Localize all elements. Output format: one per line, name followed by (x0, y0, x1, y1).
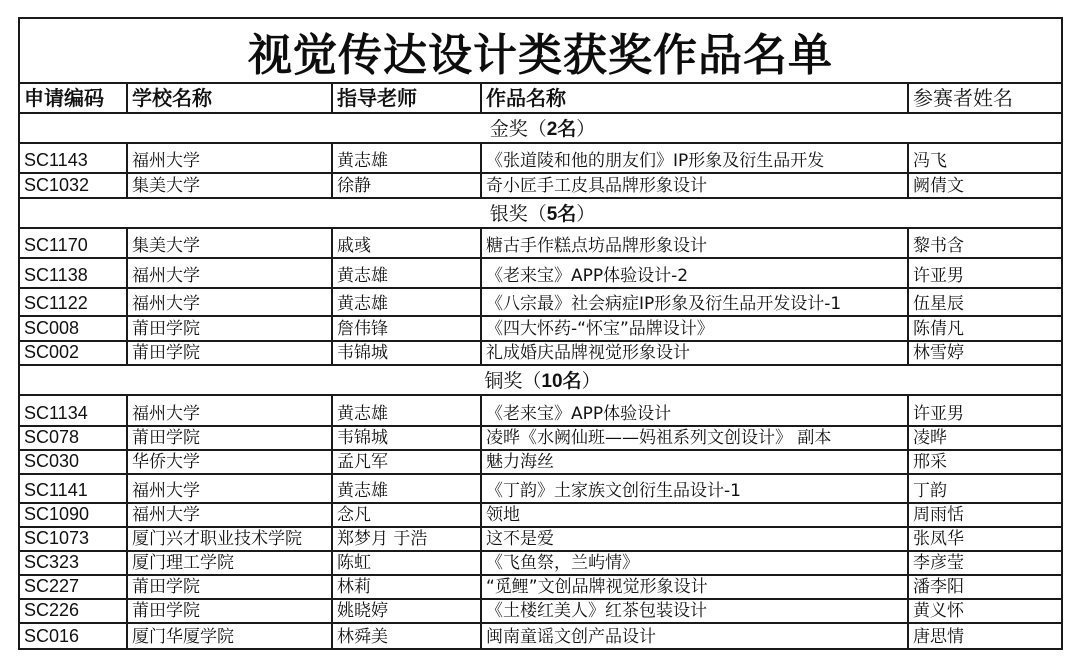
section-header-gold: 金奖（2名） (20, 114, 1061, 144)
cell-advisor: 陈虹 (333, 552, 482, 574)
table-row: SC078 莆田学院 韦锦城 凌晔《水阙仙班——妈祖系列文创设计》 副本 凌晔 (20, 427, 1061, 451)
cell-work: 奇小匠手工皮具品牌形象设计 (482, 174, 909, 197)
cell-advisor: 黄志雄 (333, 289, 482, 315)
cell-school: 华侨大学 (128, 451, 333, 473)
cell-work: 《张道陵和他的朋友们》IP形象及衍生品开发 (482, 144, 909, 172)
section-count: 10名 (541, 366, 581, 393)
cell-code: SC078 (20, 427, 128, 449)
cell-participant: 丁韵 (909, 475, 1061, 502)
header-row: 申请编码 学校名称 指导老师 作品名称 参赛者姓名 (20, 84, 1061, 114)
cell-school: 莆田学院 (128, 317, 333, 340)
cell-school: 福州大学 (128, 259, 333, 287)
cell-work: “觅鲤”文创品牌视觉形象设计 (482, 576, 909, 598)
title-row: 视觉传达设计类获奖作品名单 (20, 19, 1061, 84)
table-row: SC227 莆田学院 林莉 “觅鲤”文创品牌视觉形象设计 潘李阳 (20, 576, 1061, 600)
cell-school: 福州大学 (128, 475, 333, 502)
section-label: 银奖（5名） (20, 199, 1061, 227)
cell-work: 《飞鱼祭，兰屿情》 (482, 552, 909, 574)
cell-participant: 黄义怀 (909, 600, 1061, 622)
cell-participant: 许亚男 (909, 259, 1061, 287)
cell-school: 集美大学 (128, 174, 333, 197)
cell-code: SC008 (20, 317, 128, 340)
cell-school: 莆田学院 (128, 576, 333, 598)
section-prefix: 铜奖（ (484, 366, 541, 393)
cell-code: SC323 (20, 552, 128, 574)
cell-code: SC1170 (20, 229, 128, 257)
section-count: 2名 (547, 114, 577, 141)
table-row: SC1138 福州大学 黄志雄 《老来宝》APP体验设计-2 许亚男 (20, 259, 1061, 289)
cell-school: 福州大学 (128, 504, 333, 526)
cell-work: 《土楼红美人》红茶包装设计 (482, 600, 909, 622)
table-row: SC323 厦门理工学院 陈虹 《飞鱼祭，兰屿情》 李彦莹 (20, 552, 1061, 576)
column-header-work: 作品名称 (482, 84, 909, 112)
cell-participant: 林雪婷 (909, 342, 1061, 364)
cell-school: 莆田学院 (128, 342, 333, 364)
cell-participant: 潘李阳 (909, 576, 1061, 598)
section-prefix: 金奖（ (490, 114, 547, 141)
section-header-bronze: 铜奖（10名） (20, 366, 1061, 396)
table-row: SC002 莆田学院 韦锦城 礼成婚庆品牌视觉形象设计 林雪婷 (20, 342, 1061, 366)
cell-advisor: 黄志雄 (333, 475, 482, 502)
section-prefix: 银奖（ (490, 199, 547, 226)
cell-advisor: 孟凡军 (333, 451, 482, 473)
table-row: SC1134 福州大学 黄志雄 《老来宝》APP体验设计 许亚男 (20, 396, 1061, 427)
table-row: SC008 莆田学院 詹伟锋 《四大怀药-“怀宝”品牌设计》 陈倩凡 (20, 317, 1061, 342)
column-header-code: 申请编码 (20, 84, 128, 112)
cell-code: SC1032 (20, 174, 128, 197)
column-header-participant: 参赛者姓名 (909, 84, 1061, 112)
cell-advisor: 姚晓婷 (333, 600, 482, 622)
cell-advisor: 林舜美 (333, 624, 482, 648)
cell-work: 《老来宝》APP体验设计 (482, 396, 909, 425)
cell-participant: 张凤华 (909, 528, 1061, 550)
table-row: SC1073 厦门兴才职业技术学院 郑梦月 于浩 这不是爱 张凤华 (20, 528, 1061, 552)
section-count: 5名 (547, 199, 577, 226)
cell-code: SC1122 (20, 289, 128, 315)
cell-advisor: 韦锦城 (333, 427, 482, 449)
cell-code: SC227 (20, 576, 128, 598)
cell-school: 厦门华厦学院 (128, 624, 333, 648)
cell-work: 领地 (482, 504, 909, 526)
cell-code: SC016 (20, 624, 128, 648)
cell-school: 厦门兴才职业技术学院 (128, 528, 333, 550)
cell-code: SC1134 (20, 396, 128, 425)
cell-school: 厦门理工学院 (128, 552, 333, 574)
cell-school: 福州大学 (128, 396, 333, 425)
cell-advisor: 念凡 (333, 504, 482, 526)
cell-participant: 唐思情 (909, 624, 1061, 648)
column-header-advisor: 指导老师 (333, 84, 482, 112)
cell-advisor: 戚彧 (333, 229, 482, 257)
cell-advisor: 韦锦城 (333, 342, 482, 364)
cell-code: SC1141 (20, 475, 128, 502)
section-label: 铜奖（10名） (20, 366, 1061, 394)
cell-code: SC1073 (20, 528, 128, 550)
table-row: SC226 莆田学院 姚晓婷 《土楼红美人》红茶包装设计 黄义怀 (20, 600, 1061, 624)
cell-work: 《丁韵》土家族文创衍生品设计-1 (482, 475, 909, 502)
cell-code: SC226 (20, 600, 128, 622)
cell-code: SC1138 (20, 259, 128, 287)
cell-work: 《八宗最》社会病症IP形象及衍生品开发设计-1 (482, 289, 909, 315)
table-row: SC1143 福州大学 黄志雄 《张道陵和他的朋友们》IP形象及衍生品开发 冯飞 (20, 144, 1061, 174)
cell-code: SC1143 (20, 144, 128, 172)
cell-work: 《老来宝》APP体验设计-2 (482, 259, 909, 287)
section-suffix: ） (582, 366, 601, 393)
cell-participant: 阙倩文 (909, 174, 1061, 197)
section-suffix: ） (576, 199, 595, 226)
cell-work: 这不是爱 (482, 528, 909, 550)
cell-school: 福州大学 (128, 289, 333, 315)
cell-participant: 凌晔 (909, 427, 1061, 449)
cell-advisor: 黄志雄 (333, 144, 482, 172)
cell-work: 闽南童谣文创产品设计 (482, 624, 909, 648)
cell-advisor: 黄志雄 (333, 396, 482, 425)
cell-code: SC030 (20, 451, 128, 473)
award-table: 视觉传达设计类获奖作品名单 申请编码 学校名称 指导老师 作品名称 参赛者姓名 … (18, 17, 1063, 650)
cell-participant: 周雨恬 (909, 504, 1061, 526)
table-row: SC1122 福州大学 黄志雄 《八宗最》社会病症IP形象及衍生品开发设计-1 … (20, 289, 1061, 317)
cell-school: 福州大学 (128, 144, 333, 172)
cell-participant: 邢采 (909, 451, 1061, 473)
cell-advisor: 黄志雄 (333, 259, 482, 287)
cell-participant: 黎书含 (909, 229, 1061, 257)
cell-advisor: 郑梦月 于浩 (333, 528, 482, 550)
cell-participant: 李彦莹 (909, 552, 1061, 574)
cell-participant: 许亚男 (909, 396, 1061, 425)
section-suffix: ） (576, 114, 595, 141)
section-header-silver: 银奖（5名） (20, 199, 1061, 229)
table-row: SC1090 福州大学 念凡 领地 周雨恬 (20, 504, 1061, 528)
cell-school: 集美大学 (128, 229, 333, 257)
table-row: SC030 华侨大学 孟凡军 魅力海丝 邢采 (20, 451, 1061, 475)
table-row: SC016 厦门华厦学院 林舜美 闽南童谣文创产品设计 唐思情 (20, 624, 1061, 648)
column-header-school: 学校名称 (128, 84, 333, 112)
cell-work: 《四大怀药-“怀宝”品牌设计》 (482, 317, 909, 340)
cell-school: 莆田学院 (128, 600, 333, 622)
cell-work: 糖古手作糕点坊品牌形象设计 (482, 229, 909, 257)
table-row: SC1032 集美大学 徐静 奇小匠手工皮具品牌形象设计 阙倩文 (20, 174, 1061, 199)
cell-work: 魅力海丝 (482, 451, 909, 473)
cell-advisor: 徐静 (333, 174, 482, 197)
cell-participant: 陈倩凡 (909, 317, 1061, 340)
table-row: SC1170 集美大学 戚彧 糖古手作糕点坊品牌形象设计 黎书含 (20, 229, 1061, 259)
cell-school: 莆田学院 (128, 427, 333, 449)
cell-participant: 伍星辰 (909, 289, 1061, 315)
cell-advisor: 詹伟锋 (333, 317, 482, 340)
cell-advisor: 林莉 (333, 576, 482, 598)
section-label: 金奖（2名） (20, 114, 1061, 142)
cell-participant: 冯飞 (909, 144, 1061, 172)
page-title: 视觉传达设计类获奖作品名单 (248, 19, 833, 83)
cell-code: SC002 (20, 342, 128, 364)
cell-work: 礼成婚庆品牌视觉形象设计 (482, 342, 909, 364)
cell-code: SC1090 (20, 504, 128, 526)
table-row: SC1141 福州大学 黄志雄 《丁韵》土家族文创衍生品设计-1 丁韵 (20, 475, 1061, 504)
cell-work: 凌晔《水阙仙班——妈祖系列文创设计》 副本 (482, 427, 909, 449)
